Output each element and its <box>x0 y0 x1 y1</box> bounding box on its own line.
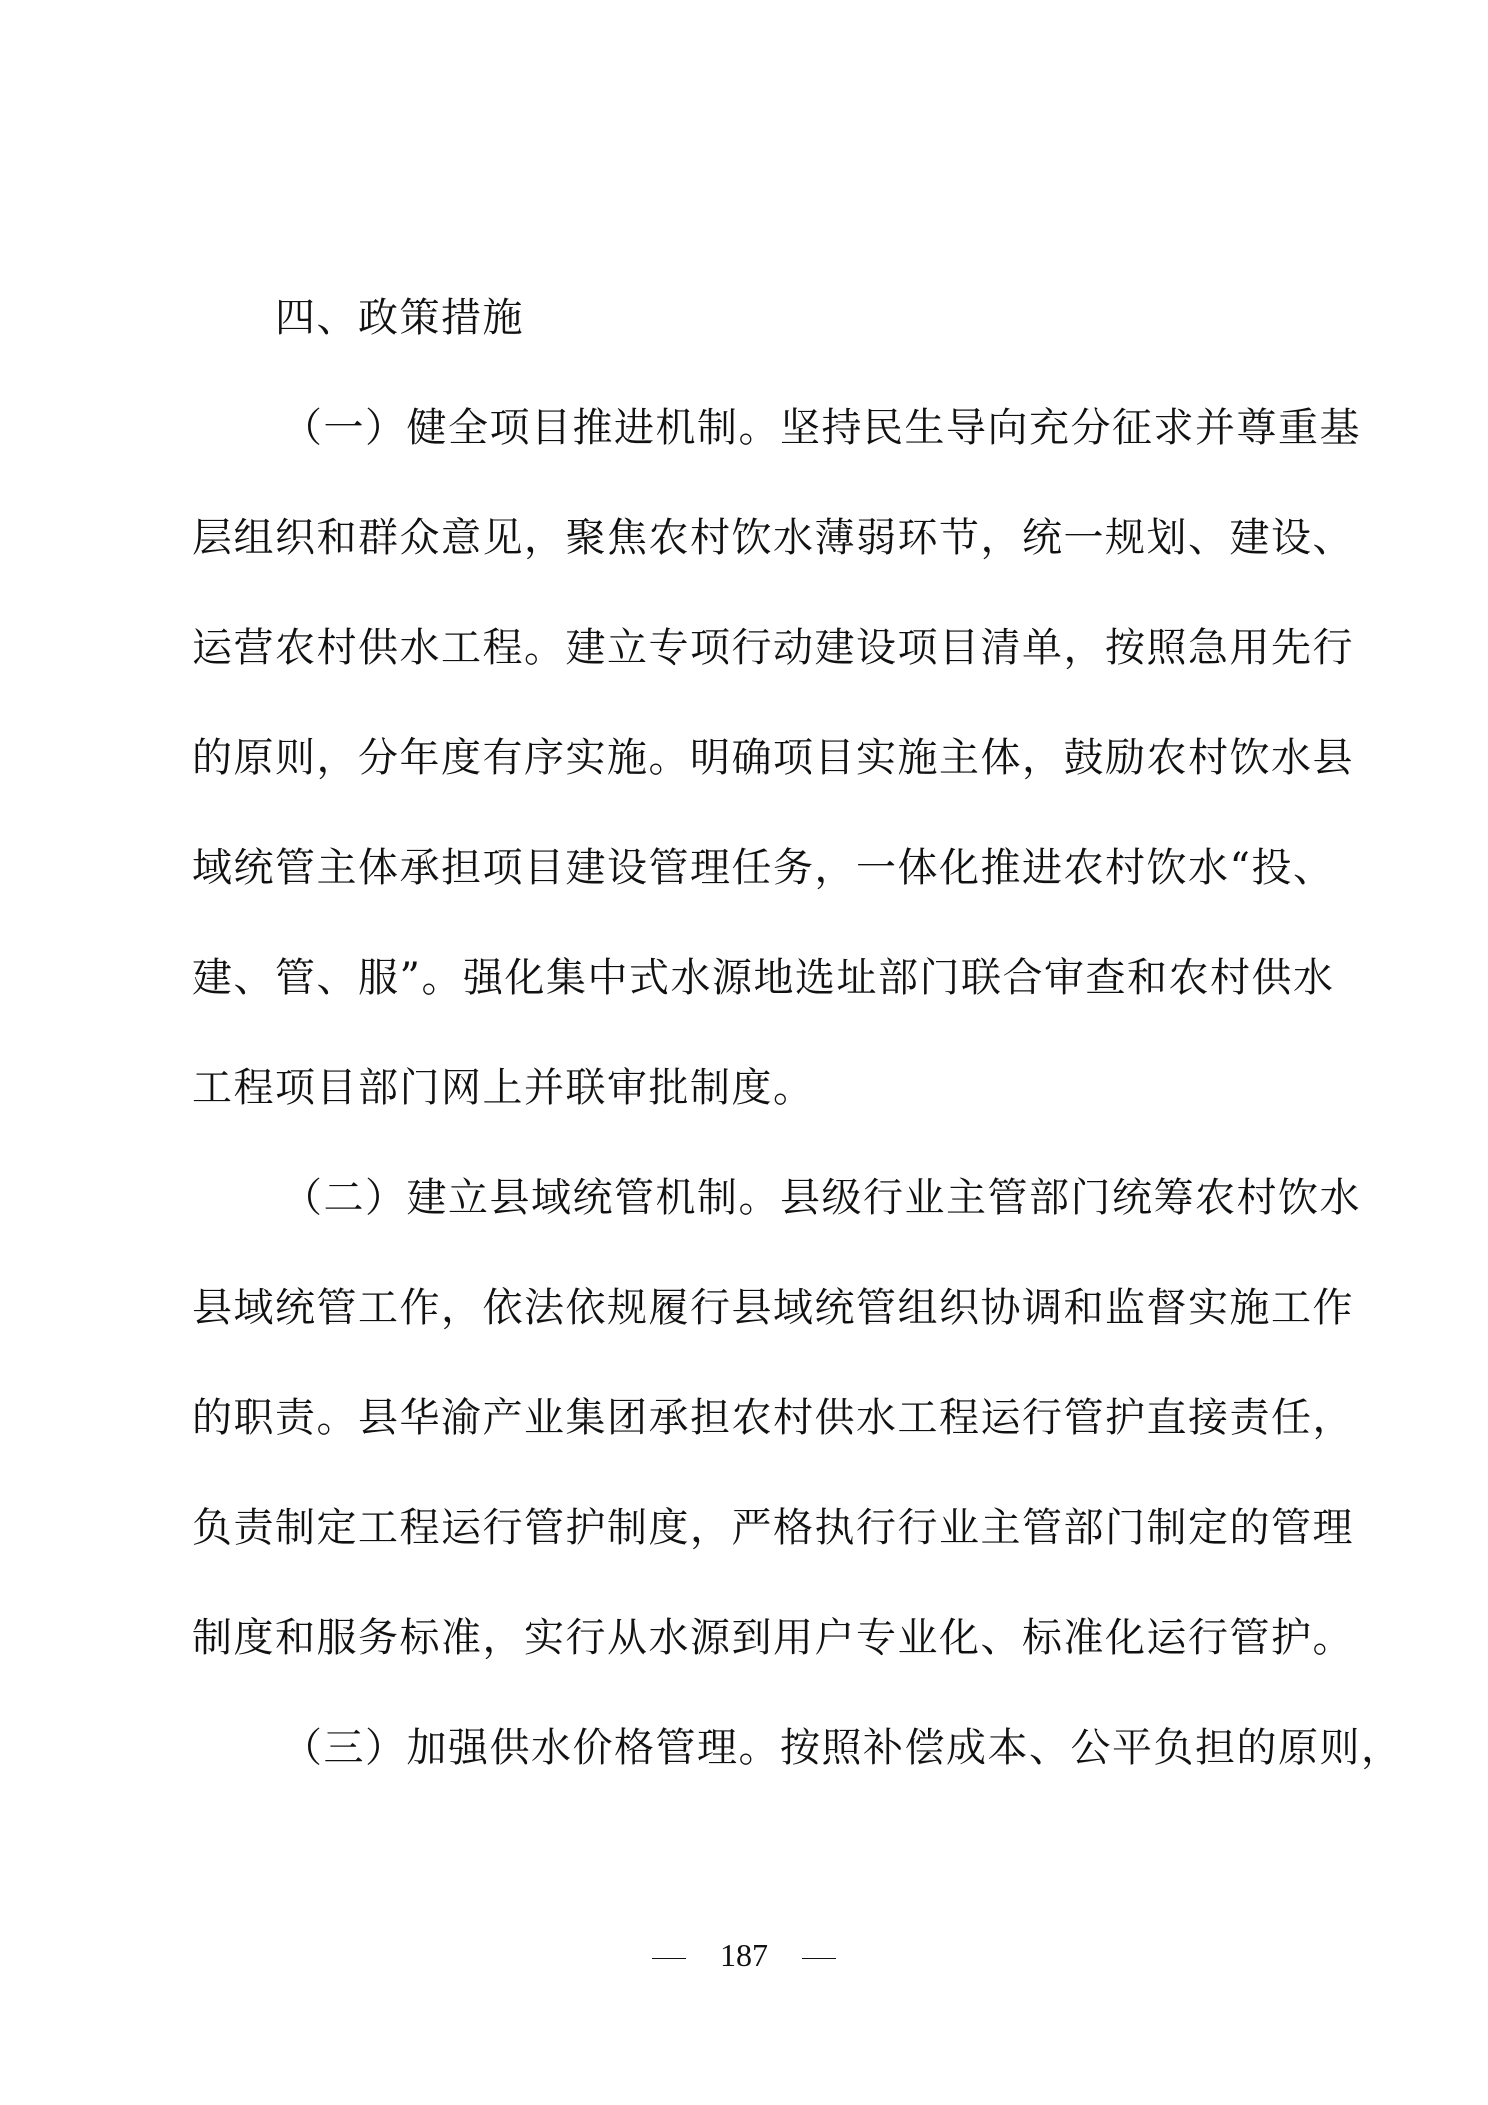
paragraph-1-line-2: 层组织和群众意见，聚焦农村饮水薄弱环节，统一规划、建设、 <box>192 510 1296 566</box>
paragraph-2-line-1: （二）建立县域统管机制。县级行业主管部门统筹农村饮水 <box>282 1170 1296 1226</box>
paragraph-1-line-4: 的原则，分年度有序实施。明确项目实施主体，鼓励农村饮水县 <box>192 730 1296 786</box>
paragraph-2-line-4: 负责制定工程运行管护制度，严格执行行业主管部门制定的管理 <box>192 1500 1296 1556</box>
paragraph-3-line-1: （三）加强供水价格管理。按照补偿成本、公平负担的原则， <box>282 1720 1296 1776</box>
document-page: 四、政策措施 （一）健全项目推进机制。坚持民生导向充分征求并尊重基 层组织和群众… <box>0 0 1488 2105</box>
paragraph-1-line-7: 工程项目部门网上并联审批制度。 <box>192 1060 1296 1116</box>
page-number: 187 <box>720 1937 768 1973</box>
paragraph-2-line-2: 县域统管工作，依法依规履行县域统管组织协调和监督实施工作 <box>192 1280 1296 1336</box>
paragraph-2-line-3: 的职责。县华渝产业集团承担农村供水工程运行管护直接责任， <box>192 1390 1296 1446</box>
page-footer: 187 <box>0 1930 1488 1980</box>
footer-dash-right <box>802 1958 836 1959</box>
paragraph-1-line-3: 运营农村供水工程。建立专项行动建设项目清单，按照急用先行 <box>192 620 1296 676</box>
section-heading: 四、政策措施 <box>275 290 524 346</box>
footer-dash-left <box>652 1958 686 1959</box>
paragraph-1-line-6: 建、管、服”。强化集中式水源地选址部门联合审查和农村供水 <box>192 950 1296 1006</box>
paragraph-1-line-1: （一）健全项目推进机制。坚持民生导向充分征求并尊重基 <box>282 400 1296 456</box>
paragraph-2-line-5: 制度和服务标准，实行从水源到用户专业化、标准化运行管护。 <box>192 1610 1296 1666</box>
paragraph-1-line-5: 域统管主体承担项目建设管理任务，一体化推进农村饮水“投、 <box>192 840 1296 896</box>
